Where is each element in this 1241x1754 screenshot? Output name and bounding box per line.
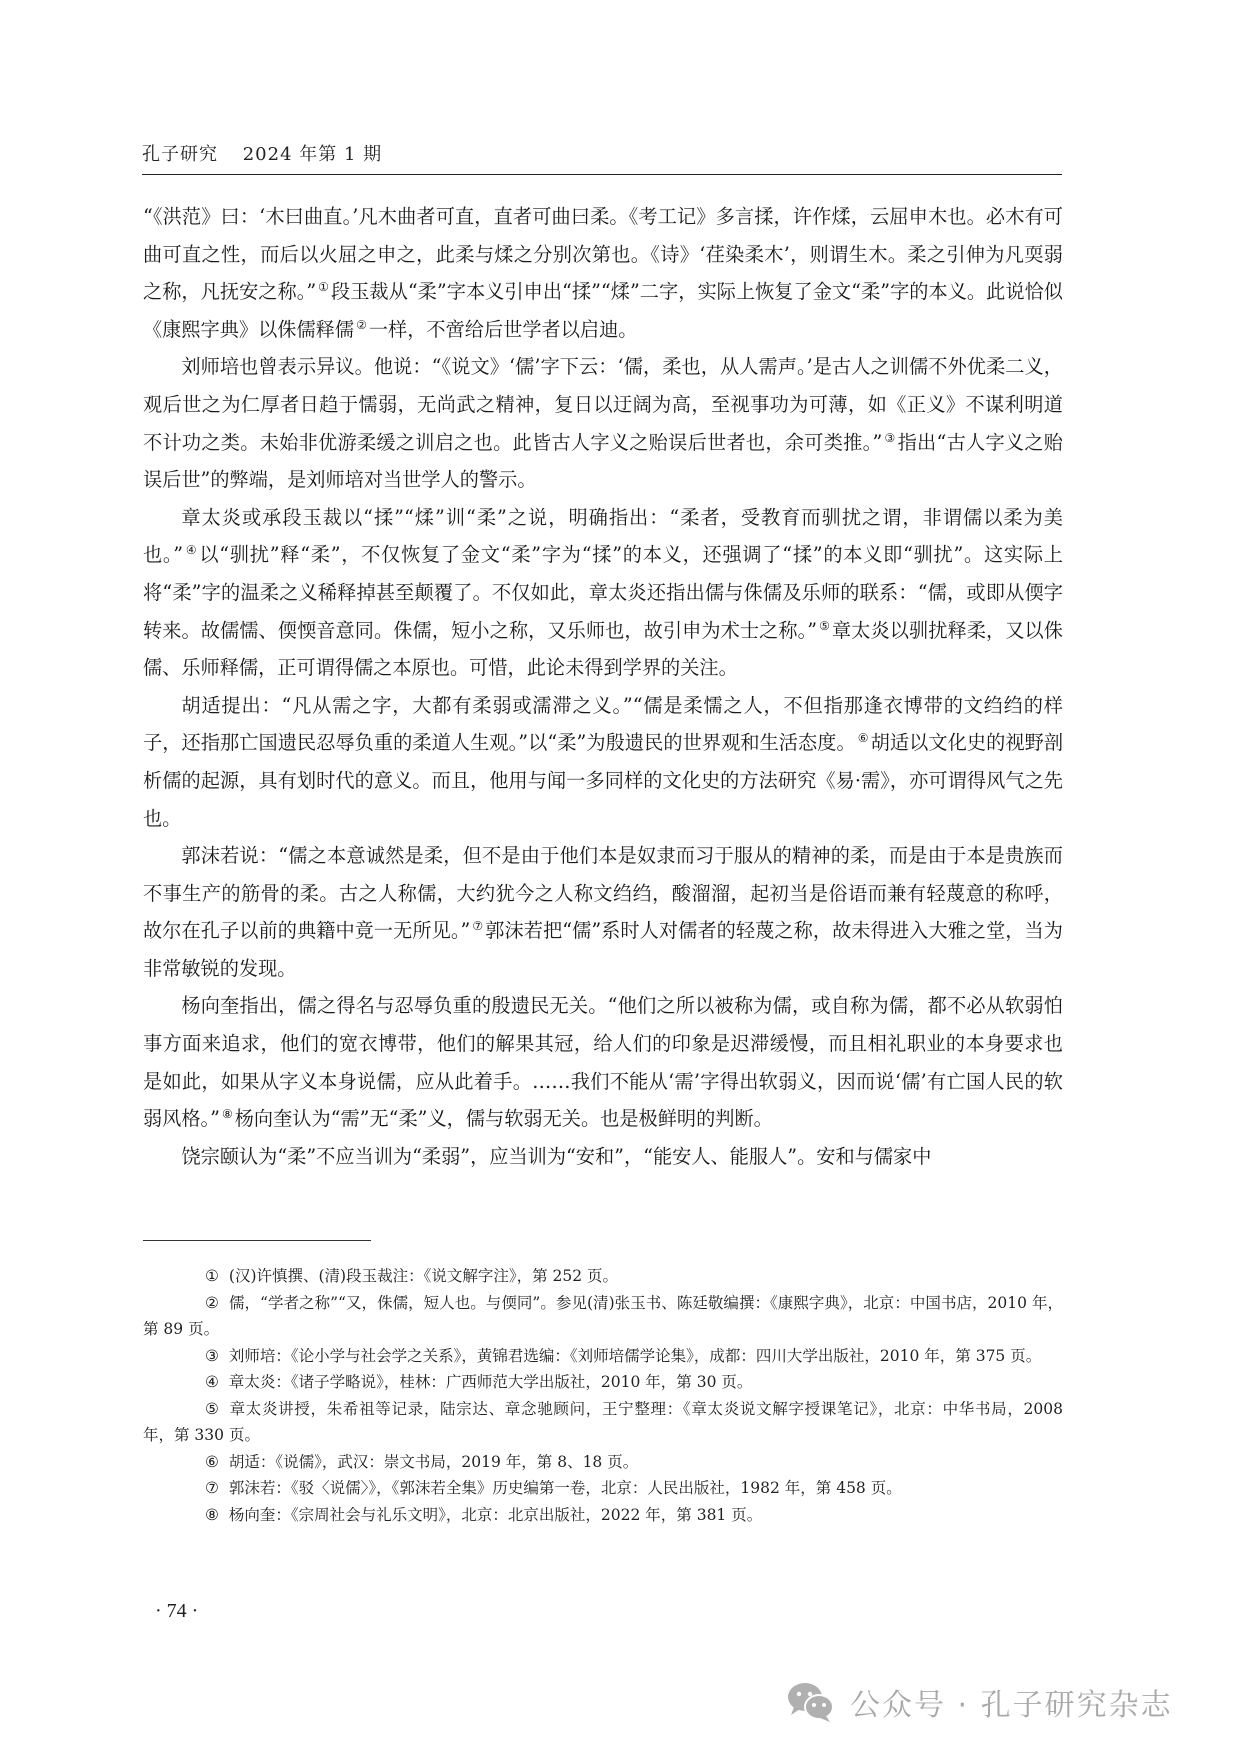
footnote-divider	[143, 1240, 371, 1241]
paragraph-text: 一样，不啻给后世学者以启迪。	[369, 318, 638, 341]
paragraph: 章太炎或承段玉裁以“揉”“煣”训“柔”之说，明确指出：“柔者，受教育而驯扰之谓，…	[143, 499, 1063, 687]
paragraph: “《洪范》曰：‘木曰曲直。’凡木曲者可直，直者可曲曰柔。《考工记》多言揉，许作煣…	[143, 198, 1063, 348]
footnote-item: ④章太炎：《诸子学略说》，桂林：广西师范大学出版社，2010 年，第 30 页。	[143, 1369, 1063, 1396]
paragraph: 郭沫若说：“儒之本意诚然是柔，但不是由于他们本是奴隶而习于服从的精神的柔，而是由…	[143, 837, 1063, 987]
footnote-ref[interactable]: ④	[185, 543, 197, 557]
paragraph: 饶宗颐认为“柔”不应当训为“柔弱”，应当训为“安和”，“能安人、能服人”。安和与…	[143, 1138, 1063, 1176]
footnote-text: 章太炎讲授，朱希祖等记录，陆宗达、章念驰顾问，王宁整理：《章太炎说文解字授课笔记…	[143, 1400, 1063, 1445]
footnote-ref[interactable]: ②	[356, 318, 367, 332]
footnote-text: 郭沫若：《驳〈说儒〉》，《郭沫若全集》历史编第一卷，北京：人民出版社，1982 …	[229, 1479, 902, 1497]
footnote-text: (汉)许慎撰、(清)段玉裁注：《说文解字注》，第 252 页。	[229, 1267, 618, 1285]
page-number: · 74 ·	[155, 1600, 198, 1623]
footnote-ref[interactable]: ①	[318, 280, 329, 294]
footnote-item: ⑧杨向奎：《宗周社会与礼乐文明》，北京：北京出版社，2022 年，第 381 页…	[143, 1502, 1063, 1529]
running-header: 孔子研究 2024 年第 1 期	[142, 140, 1062, 175]
footnote-text: 刘师培：《论小学与社会学之关系》，黄锦君选编：《刘师培儒学论集》，成都：四川大学…	[229, 1347, 1041, 1365]
paragraph-text: 杨向奎认为“需”无“柔”义，儒与软弱无关。也是极鲜明的判断。	[235, 1107, 773, 1130]
footnote-number: ②	[174, 1290, 219, 1317]
footnote-ref[interactable]: ③	[884, 431, 895, 445]
footnote-item: ②儒，“学者之称”“又，侏儒，短人也。与偄同”。参见(清)张玉书、陈廷敬编撰：《…	[143, 1290, 1063, 1343]
footnote-number: ④	[174, 1369, 219, 1396]
footnote-item: ①(汉)许慎撰、(清)段玉裁注：《说文解字注》，第 252 页。	[143, 1263, 1063, 1290]
footnote-item: ③刘师培：《论小学与社会学之关系》，黄锦君选编：《刘师培儒学论集》，成都：四川大…	[143, 1343, 1063, 1370]
footnote-ref[interactable]: ⑤	[819, 619, 830, 633]
footnote-text: 章太炎：《诸子学略说》，桂林：广西师范大学出版社，2010 年，第 30 页。	[229, 1373, 752, 1391]
wechat-icon	[786, 1681, 836, 1723]
watermark-text: 公众号 · 孔子研究杂志	[850, 1680, 1173, 1724]
footnotes: ①(汉)许慎撰、(清)段玉裁注：《说文解字注》，第 252 页。②儒，“学者之称…	[143, 1263, 1063, 1528]
footnote-number: ⑧	[174, 1502, 219, 1529]
footnote-ref[interactable]: ⑥	[858, 731, 869, 745]
journal-title: 孔子研究	[142, 144, 218, 165]
footnote-number: ③	[174, 1343, 219, 1370]
body-text: “《洪范》曰：‘木曰曲直。’凡木曲者可直，直者可曲曰柔。《考工记》多言揉，许作煣…	[143, 198, 1063, 1175]
footnote-ref[interactable]: ⑦	[472, 919, 483, 933]
footnote-number: ⑦	[174, 1475, 219, 1502]
footnote-number: ⑥	[174, 1449, 219, 1476]
issue-label: 2024 年第 1 期	[243, 144, 382, 165]
footnote-item: ⑥胡适：《说儒》，武汉：崇文书局，2019 年，第 8、18 页。	[143, 1449, 1063, 1476]
footnote-item: ⑤章太炎讲授，朱希祖等记录，陆宗达、章念驰顾问，王宁整理：《章太炎说文解字授课笔…	[143, 1396, 1063, 1449]
footnote-number: ①	[174, 1263, 219, 1290]
footnote-text: 杨向奎：《宗周社会与礼乐文明》，北京：北京出版社，2022 年，第 381 页。	[229, 1506, 762, 1524]
footnote-item: ⑦郭沫若：《驳〈说儒〉》，《郭沫若全集》历史编第一卷，北京：人民出版社，1982…	[143, 1475, 1063, 1502]
footnote-ref[interactable]: ⑧	[222, 1107, 233, 1121]
paragraph: 刘师培也曾表示异议。他说：“《说文》‘儒’字下云：‘儒，柔也，从人需声。’是古人…	[143, 348, 1063, 498]
paragraph: 杨向奎指出，儒之得名与忍辱负重的殷遗民无关。“他们之所以被称为儒，或自称为儒，都…	[143, 987, 1063, 1137]
watermark: 公众号 · 孔子研究杂志	[786, 1680, 1173, 1724]
footnote-text: 胡适：《说儒》，武汉：崇文书局，2019 年，第 8、18 页。	[229, 1453, 638, 1471]
paragraph: 胡适提出：“凡从需之字，大都有柔弱或濡滞之义。”“儒是柔懦之人，不但指那逢衣博带…	[143, 687, 1063, 837]
footnote-text: 儒，“学者之称”“又，侏儒，短人也。与偄同”。参见(清)张玉书、陈廷敬编撰：《康…	[143, 1294, 1063, 1339]
paragraph-text: 饶宗颐认为“柔”不应当训为“柔弱”，应当训为“安和”，“能安人、能服人”。安和与…	[181, 1145, 931, 1168]
footnote-number: ⑤	[174, 1396, 219, 1423]
